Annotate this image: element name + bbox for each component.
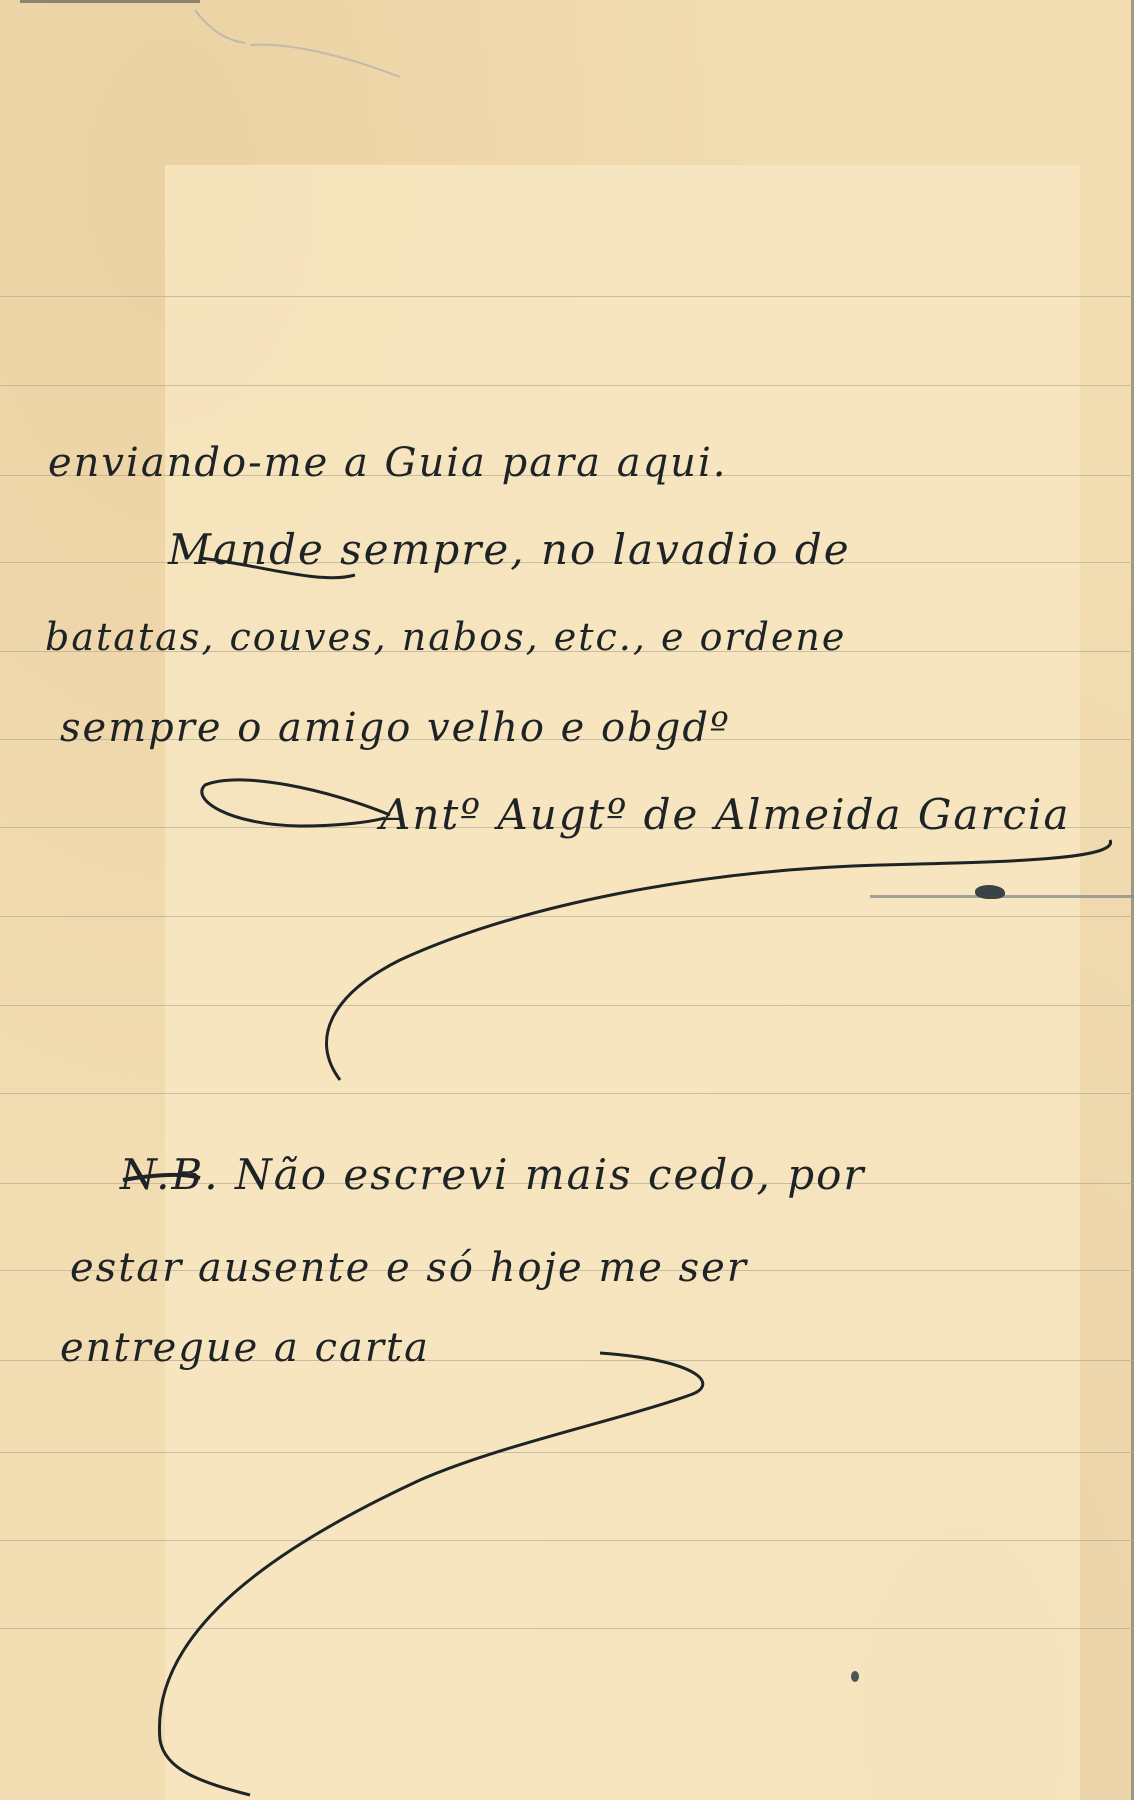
ruled-line: [0, 1540, 1134, 1541]
inner-paper-panel: [165, 165, 1080, 1800]
signature: Antº Augtº de Almeida Garcia: [380, 790, 1071, 839]
ink-dot: [851, 1671, 859, 1682]
ruled-line: [0, 1628, 1134, 1629]
page-top-edge: [20, 0, 200, 3]
ruled-line: [0, 296, 1134, 297]
ruled-line: [0, 1093, 1134, 1094]
pencil-mark: [190, 5, 450, 95]
ruled-line: [0, 916, 1134, 917]
ruled-line: [0, 1005, 1134, 1006]
letter-line-2: Mande sempre, no lavadio de: [168, 525, 851, 574]
letter-page: enviando-me a Guia para aqui. Mande semp…: [0, 0, 1134, 1800]
ruled-line: [0, 385, 1134, 386]
letter-line-4: sempre o amigo velho e obgdº: [60, 705, 731, 751]
ruled-line: [0, 1452, 1134, 1453]
letter-line-1: enviando-me a Guia para aqui.: [48, 440, 727, 486]
postscript-line-3: entregue a carta: [60, 1325, 430, 1371]
postscript-line-2: estar ausente e só hoje me ser: [70, 1245, 748, 1291]
postscript-line-1: N.B. Não escrevi mais cedo, por: [120, 1150, 865, 1199]
ink-blot: [975, 885, 1005, 899]
letter-line-3: batatas, couves, nabos, etc., e ordene: [45, 615, 846, 659]
